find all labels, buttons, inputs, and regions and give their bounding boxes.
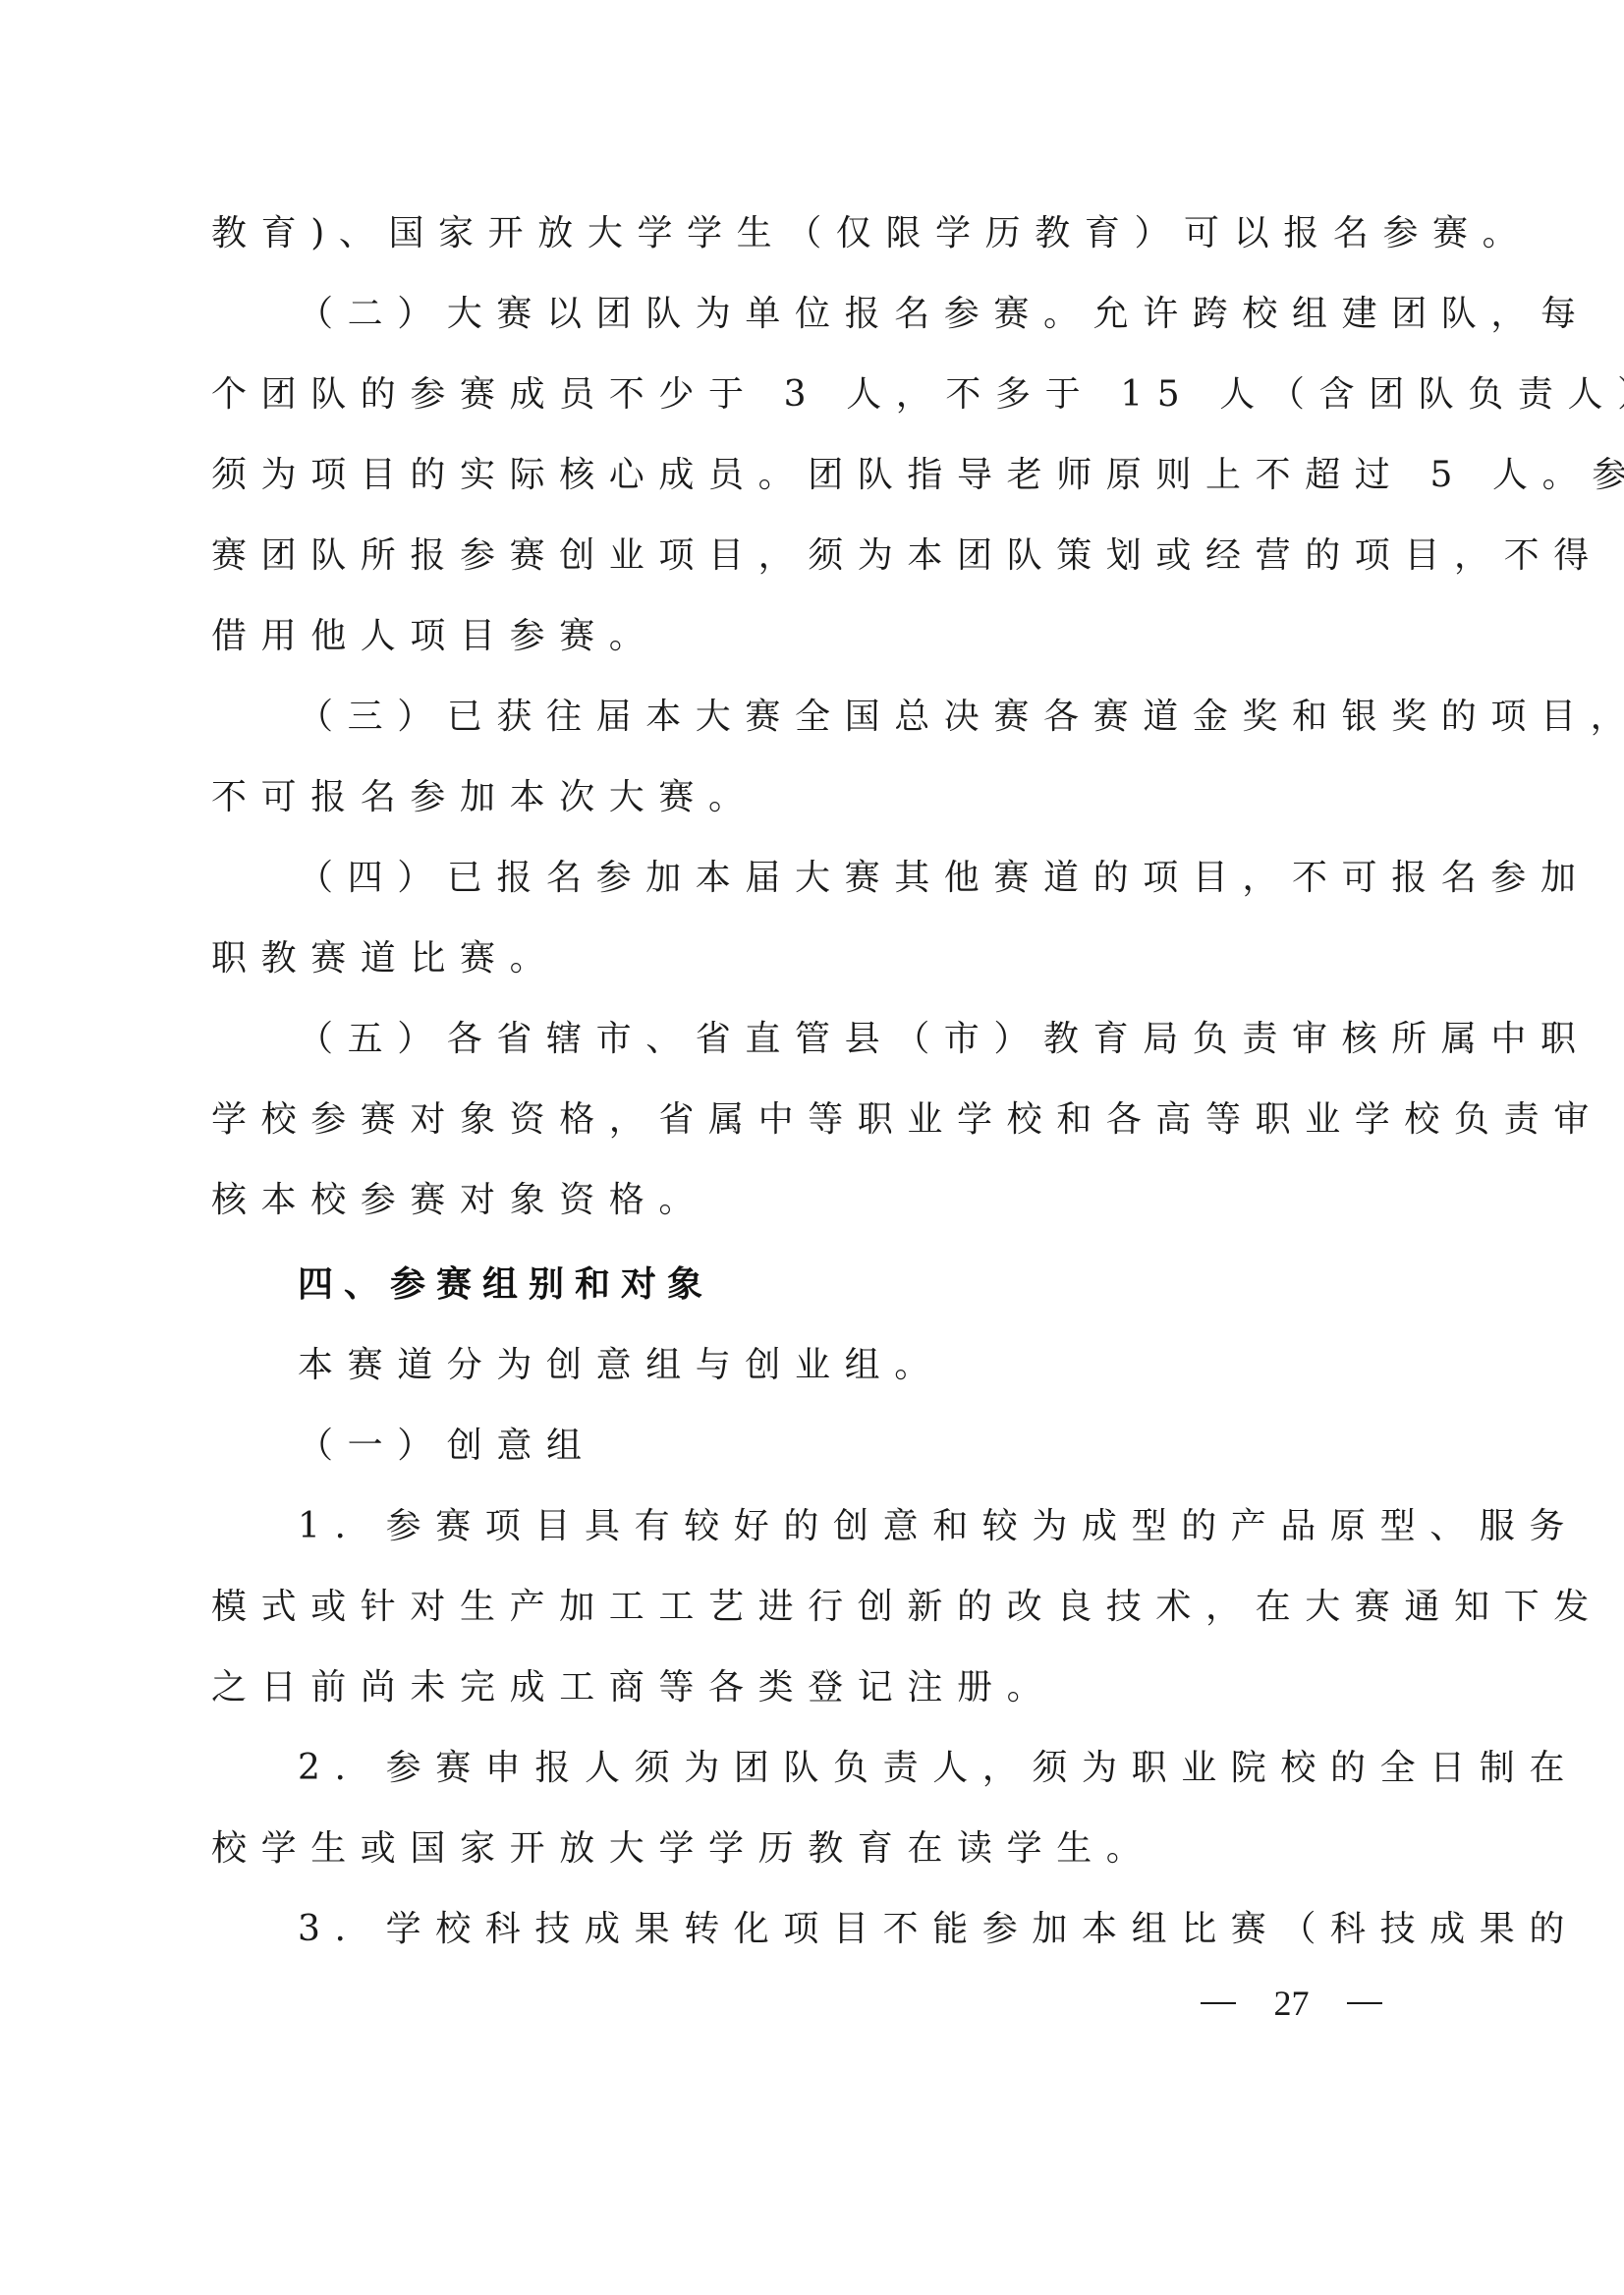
paragraph-line-11: （五）各省辖市、省直管县（市）教育局负责审核所属中职 [298,1015,1516,1064]
list-item-1-line-2: 模式或针对生产加工工艺进行创新的改良技术，在大赛通知下发 [211,1583,1429,1632]
paragraph-line-6: 借用他人项目参赛。 [211,612,1429,661]
page-number-value: 27 [1274,1983,1310,2024]
paragraph-line-10: 职教赛道比赛。 [211,934,1429,983]
dash-right [1347,2002,1382,2004]
dash-left [1201,2002,1236,2004]
paragraph-line-7: （三）已获往届本大赛全国总决赛各赛道金奖和银奖的项目， [298,693,1516,742]
paragraph-line-2: （二）大赛以团队为单位报名参赛。允许跨校组建团队，每 [298,290,1516,339]
paragraph-line-14: 本赛道分为创意组与创业组。 [298,1341,1516,1390]
section-heading: 四、参赛组别和对象 [298,1260,1516,1310]
paragraph-line-4: 须为项目的实际核心成员。团队指导老师原则上不超过 5 人。参 [211,451,1429,500]
list-item-2-line-1: 2. 参赛申报人须为团队负责人，须为职业院校的全日制在 [298,1744,1516,1793]
paragraph-line-8: 不可报名参加本次大赛。 [211,773,1429,822]
document-page: 教育)、国家开放大学学生（仅限学历教育）可以报名参赛。 （二）大赛以团队为单位报… [0,0,1624,2295]
paragraph-line-9: （四）已报名参加本届大赛其他赛道的项目，不可报名参加 [298,854,1516,903]
list-item-3-line-1: 3. 学校科技成果转化项目不能参加本组比赛（科技成果的 [298,1905,1516,1954]
paragraph-line-3: 个团队的参赛成员不少于 3 人，不多于 15 人（含团队负责人）， [211,370,1429,420]
paragraph-line-1: 教育)、国家开放大学学生（仅限学历教育）可以报名参赛。 [211,209,1429,258]
list-item-2-line-2: 校学生或国家开放大学学历教育在读学生。 [211,1824,1429,1874]
list-item-1-line-1: 1. 参赛项目具有较好的创意和较为成型的产品原型、服务 [298,1502,1516,1551]
paragraph-line-13: 核本校参赛对象资格。 [211,1176,1429,1225]
page-number: 27 [1201,1979,1382,2028]
paragraph-line-12: 学校参赛对象资格，省属中等职业学校和各高等职业学校负责审 [211,1095,1429,1145]
list-item-1-line-3: 之日前尚未完成工商等各类登记注册。 [211,1663,1429,1712]
subsection-heading: （一）创意组 [298,1422,1516,1471]
paragraph-line-5: 赛团队所报参赛创业项目，须为本团队策划或经营的项目，不得 [211,532,1429,581]
